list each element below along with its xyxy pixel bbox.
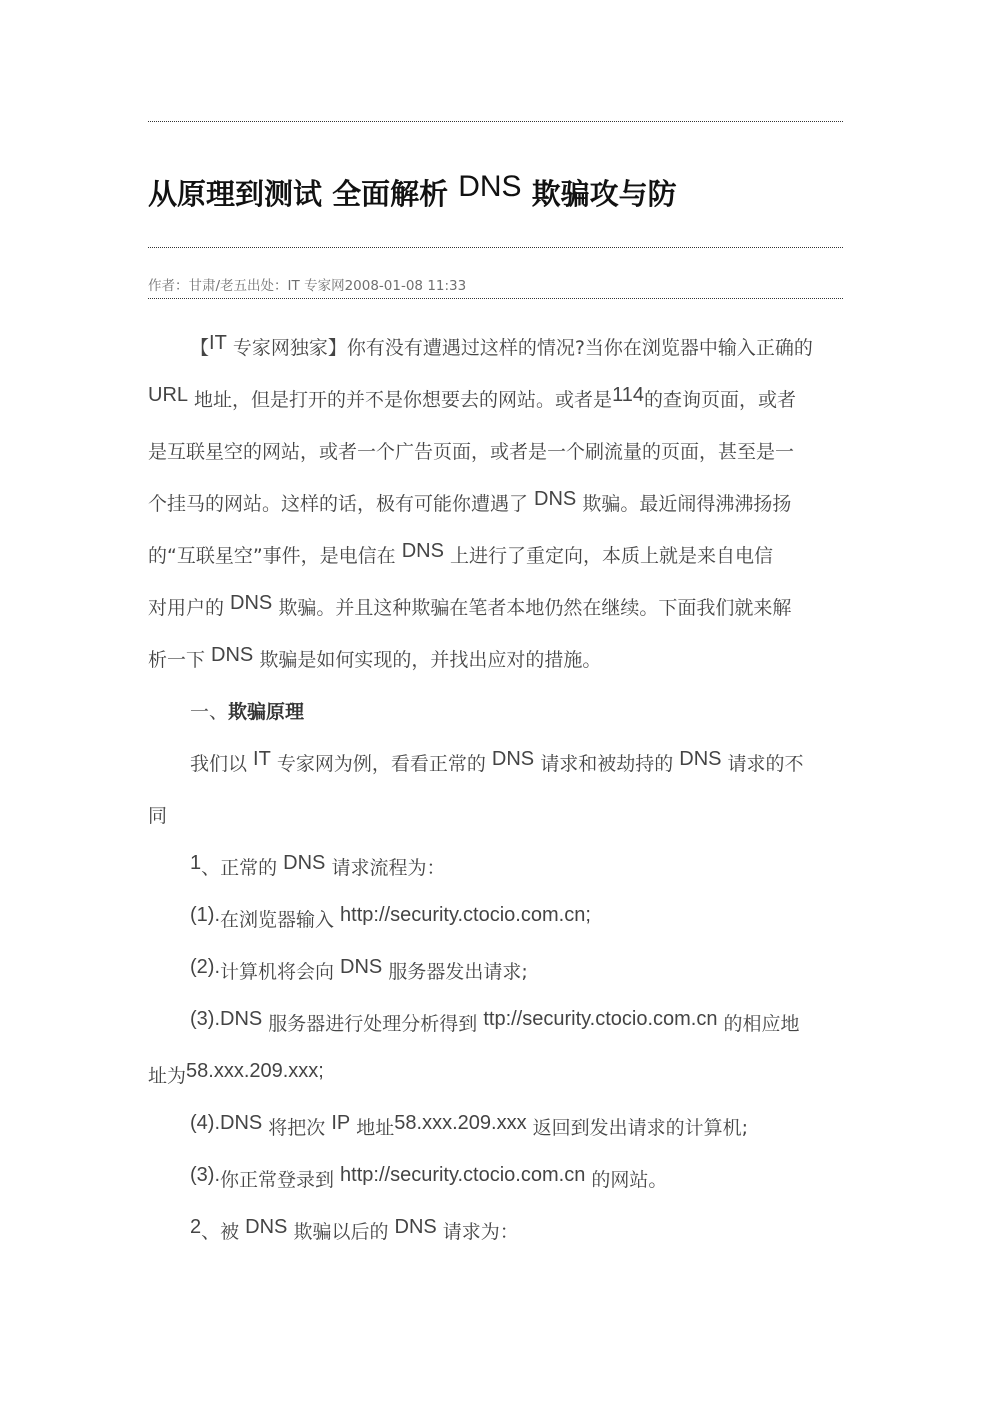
text-segment: 地址，但是打开的并不是你想要去的网站。或者是 — [188, 389, 612, 411]
text-segment: 计算机将会向 — [220, 961, 340, 983]
text-segment: DNS — [402, 540, 444, 562]
text-segment: DNS — [283, 852, 325, 874]
step-3-continued: 址为58.xxx.209.xxx; — [148, 1050, 843, 1102]
text-segment: 将把次 — [262, 1117, 331, 1139]
title-text-1: 从原理到测试 全面解析 — [148, 177, 458, 211]
title-text-dns: DNS — [458, 170, 521, 203]
intro-line-2: URL 地址，但是打开的并不是你想要去的网站。或者是114的查询页面，或者 — [148, 374, 843, 426]
step-1: (1).在浏览器输入 http://security.ctocio.com.cn… — [148, 894, 885, 946]
text-segment: 请求和被劫持的 — [534, 753, 679, 775]
intro-line-3: 是互联星空的网站，或者一个广告页面，或者是一个刷流量的页面，甚至是一 — [148, 426, 843, 478]
title-text-2: 欺骗攻与防 — [522, 177, 677, 211]
intro-line-5: 的“互联星空”事件，是电信在 DNS 上进行了重定向，本质上就是来自电信 — [148, 530, 843, 582]
text-segment: 的相应地 — [717, 1013, 799, 1035]
section-intro-line-2: 同 — [148, 790, 843, 842]
url-text: http://security.ctocio.com.cn — [340, 1164, 585, 1186]
text-segment: 在浏览器输入 — [220, 909, 340, 931]
text-segment: 返回到发出请求的计算机; — [527, 1117, 748, 1139]
text-segment: DNS — [211, 644, 253, 666]
url-text: http://security.ctocio.com.cn; — [340, 904, 591, 926]
text-segment: 一、 — [190, 701, 228, 723]
text-segment: 请求的不 — [721, 753, 803, 775]
intro-line-1: 【IT 专家网独家】你有没有遭遇过这样的情况?当你在浏览器中输入正确的 — [148, 322, 885, 374]
text-segment: DNS — [395, 1216, 437, 1238]
text-segment: (2). — [190, 956, 220, 978]
text-segment: 【 — [190, 337, 209, 359]
step-3: (3).DNS 服务器进行处理分析得到 ttp://security.ctoci… — [148, 998, 885, 1050]
text-segment: 的“互联星空”事件，是电信在 — [148, 545, 402, 567]
text-segment: (3).DNS — [190, 1008, 262, 1030]
text-segment: 1 — [190, 852, 201, 874]
text-segment: 欺骗是如何实现的，并找出应对的措施。 — [253, 649, 601, 671]
text-segment: URL — [148, 384, 188, 406]
text-segment: 我们以 — [190, 753, 253, 775]
step-2: (2).计算机将会向 DNS 服务器发出请求; — [148, 946, 885, 998]
text-segment: 2 — [190, 1216, 201, 1238]
spoofed-flow-heading: 2、被 DNS 欺骗以后的 DNS 请求为： — [148, 1206, 885, 1258]
top-dotted-divider — [148, 121, 843, 122]
article-meta: 作者：甘肃/老五出处：IT 专家网2008-01-08 11:33 — [148, 274, 466, 294]
text-segment: IT — [209, 332, 227, 354]
text-segment: 上进行了重定向，本质上就是来自电信 — [444, 545, 773, 567]
text-segment: 个挂马的网站。这样的话，极有可能你遭遇了 — [148, 493, 534, 515]
text-segment: DNS — [679, 748, 721, 770]
text-segment: 同 — [148, 805, 167, 827]
text-segment: 、被 — [201, 1221, 245, 1243]
text-segment: 对用户的 — [148, 597, 230, 619]
text-segment: 欺骗。最近闹得沸沸扬扬 — [576, 493, 791, 515]
text-segment: IP — [331, 1112, 350, 1134]
text-segment: 服务器发出请求; — [382, 961, 527, 983]
text-segment: (4).DNS — [190, 1112, 262, 1134]
text-segment: 请求为： — [437, 1221, 519, 1243]
intro-line-4: 个挂马的网站。这样的话，极有可能你遭遇了 DNS 欺骗。最近闹得沸沸扬扬 — [148, 478, 843, 530]
text-segment: 114 — [612, 384, 644, 406]
text-segment: 地址 — [350, 1117, 394, 1139]
text-segment: (3). — [190, 1164, 220, 1186]
text-segment: 欺骗原理 — [228, 701, 304, 723]
text-segment: 请求流程为： — [325, 857, 445, 879]
text-segment: 服务器进行处理分析得到 — [262, 1013, 483, 1035]
text-segment: 欺骗以后的 — [287, 1221, 394, 1243]
text-segment: 58.xxx.209.xxx — [394, 1112, 526, 1134]
step-5: (3).你正常登录到 http://security.ctocio.com.cn… — [148, 1154, 885, 1206]
step-4: (4).DNS 将把次 IP 地址58.xxx.209.xxx 返回到发出请求的… — [148, 1102, 885, 1154]
text-segment: (1). — [190, 904, 220, 926]
text-segment: DNS — [534, 488, 576, 510]
text-segment: 58.xxx.209.xxx; — [186, 1060, 324, 1082]
url-text: ttp://security.ctocio.com.cn — [483, 1008, 717, 1030]
text-segment: 专家网独家】你有没有遭遇过这样的情况?当你在浏览器中输入正确的 — [227, 337, 813, 359]
text-segment: 欺骗。并且这种欺骗在笔者本地仍然在继续。下面我们就来解 — [272, 597, 791, 619]
normal-flow-heading: 1、正常的 DNS 请求流程为： — [148, 842, 885, 894]
text-segment: 专家网为例，看看正常的 — [271, 753, 492, 775]
meta-dotted-divider — [148, 298, 843, 299]
intro-line-7: 析一下 DNS 欺骗是如何实现的，并找出应对的措施。 — [148, 634, 843, 686]
title-dotted-divider — [148, 247, 843, 248]
intro-line-6: 对用户的 DNS 欺骗。并且这种欺骗在笔者本地仍然在继续。下面我们就来解 — [148, 582, 843, 634]
text-segment: 的网站。 — [585, 1169, 667, 1191]
text-segment: 址为 — [148, 1065, 186, 1087]
text-segment: 是互联星空的网站，或者一个广告页面，或者是一个刷流量的页面，甚至是一 — [148, 441, 794, 463]
section-intro-line-1: 我们以 IT 专家网为例，看看正常的 DNS 请求和被劫持的 DNS 请求的不 — [148, 738, 885, 790]
text-segment: DNS — [245, 1216, 287, 1238]
text-segment: DNS — [340, 956, 382, 978]
text-segment: IT — [253, 748, 271, 770]
text-segment: 你正常登录到 — [220, 1169, 340, 1191]
text-segment: 析一下 — [148, 649, 211, 671]
article-title: 从原理到测试 全面解析 DNS 欺骗攻与防 — [148, 172, 677, 213]
text-segment: 的查询页面，或者 — [644, 389, 796, 411]
text-segment: DNS — [492, 748, 534, 770]
text-segment: DNS — [230, 592, 272, 614]
text-segment: 、正常的 — [201, 857, 283, 879]
section-heading-spoof-principle: 一、欺骗原理 — [148, 686, 885, 738]
